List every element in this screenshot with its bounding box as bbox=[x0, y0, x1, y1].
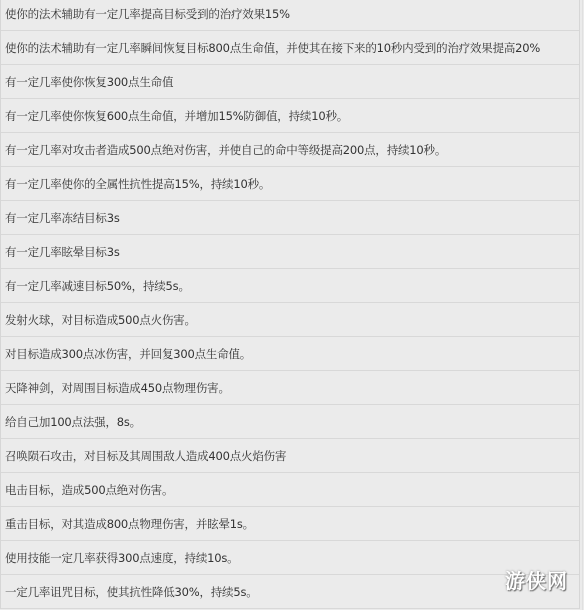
effect-text: 使用技能一定几率获得300点速度，持续10s。 bbox=[5, 550, 238, 566]
effect-text: 发射火球，对目标造成500点火伤害。 bbox=[5, 312, 196, 328]
effect-text: 给自己加100点法强，8s。 bbox=[5, 414, 141, 430]
table-row: 使你的法术辅助有一定几率瞬间恢复目标800点生命值，并使其在接下来的10秒内受到… bbox=[1, 31, 579, 65]
table-row: 电击目标，造成500点绝对伤害。 bbox=[1, 473, 579, 507]
page-edge-divider bbox=[582, 0, 583, 610]
effect-text: 有一定几率使你恢复600点生命值，并增加15%防御值，持续10秒。 bbox=[5, 108, 348, 124]
effect-text: 有一定几率对攻击者造成500点绝对伤害，并使自己的命中等级提高200点，持续10… bbox=[5, 142, 446, 158]
table-row: 有一定几率使你的全属性抗性提高15%，持续10秒。 bbox=[1, 167, 579, 201]
table-row: 有一定几率使你恢复600点生命值，并增加15%防御值，持续10秒。 bbox=[1, 99, 579, 133]
effect-text: 有一定几率眩晕目标3s bbox=[5, 244, 120, 260]
table-row: 有一定几率冻结目标3s bbox=[1, 201, 579, 235]
table-row: 对目标造成300点冰伤害，并回复300点生命值。 bbox=[1, 337, 579, 371]
effect-text: 电击目标，造成500点绝对伤害。 bbox=[5, 482, 173, 498]
table-row: 有一定几率眩晕目标3s bbox=[1, 235, 579, 269]
table-row: 有一定几率减速目标50%，持续5s。 bbox=[1, 269, 579, 303]
effect-text: 对目标造成300点冰伤害，并回复300点生命值。 bbox=[5, 346, 251, 362]
watermark-logo: 游侠网 bbox=[505, 565, 568, 594]
effect-text: 召唤陨石攻击，对目标及其周围敌人造成400点火焰伤害 bbox=[5, 448, 286, 464]
table-row: 一定几率诅咒目标，使其抗性降低30%，持续5s。 bbox=[1, 575, 579, 609]
table-row: 使你的法术辅助有一定几率提高目标受到的治疗效果15% bbox=[1, 0, 579, 31]
table-row: 召唤陨石攻击，对目标及其周围敌人造成400点火焰伤害 bbox=[1, 439, 579, 473]
effects-table: 使你的法术辅助有一定几率提高目标受到的治疗效果15% 使你的法术辅助有一定几率瞬… bbox=[0, 0, 580, 609]
effect-text: 有一定几率使你恢复300点生命值 bbox=[5, 74, 173, 90]
table-row: 有一定几率对攻击者造成500点绝对伤害，并使自己的命中等级提高200点，持续10… bbox=[1, 133, 579, 167]
effect-text: 使你的法术辅助有一定几率提高目标受到的治疗效果15% bbox=[5, 6, 290, 22]
effect-text: 重击目标，对其造成800点物理伤害，并眩晕1s。 bbox=[5, 516, 254, 532]
table-row: 使用技能一定几率获得300点速度，持续10s。 bbox=[1, 541, 579, 575]
effect-text: 有一定几率减速目标50%，持续5s。 bbox=[5, 278, 190, 294]
table-row: 重击目标，对其造成800点物理伤害，并眩晕1s。 bbox=[1, 507, 579, 541]
table-row: 给自己加100点法强，8s。 bbox=[1, 405, 579, 439]
effect-text: 一定几率诅咒目标，使其抗性降低30%，持续5s。 bbox=[5, 584, 258, 600]
effect-text: 有一定几率冻结目标3s bbox=[5, 210, 120, 226]
effect-text: 使你的法术辅助有一定几率瞬间恢复目标800点生命值，并使其在接下来的10秒内受到… bbox=[5, 40, 540, 56]
table-row: 有一定几率使你恢复300点生命值 bbox=[1, 65, 579, 99]
table-row: 发射火球，对目标造成500点火伤害。 bbox=[1, 303, 579, 337]
effect-text: 有一定几率使你的全属性抗性提高15%，持续10秒。 bbox=[5, 176, 270, 192]
effect-text: 天降神剑，对周围目标造成450点物理伤害。 bbox=[5, 380, 230, 396]
table-row: 天降神剑，对周围目标造成450点物理伤害。 bbox=[1, 371, 579, 405]
